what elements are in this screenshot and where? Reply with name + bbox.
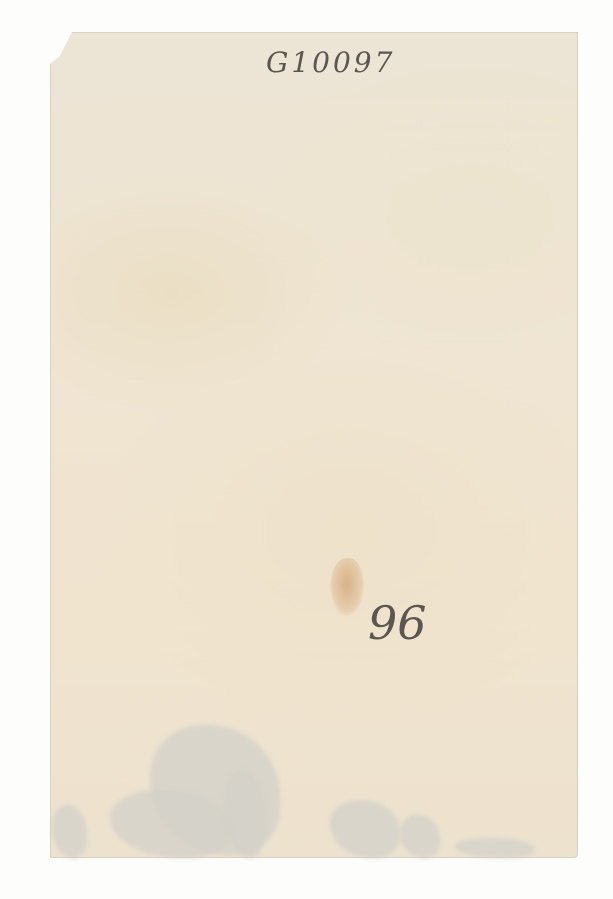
inventory-number: G10097	[266, 46, 395, 79]
paper-sheet	[50, 32, 578, 858]
stain-mark	[330, 558, 364, 616]
page-number: 96	[368, 596, 427, 650]
